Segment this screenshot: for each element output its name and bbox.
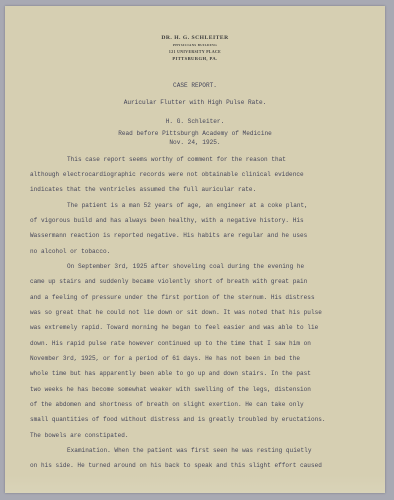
body-line: small quantities of food without distres…	[30, 416, 326, 423]
body-line: Examination. When the patient was first …	[67, 447, 311, 454]
body-line: November 3rd, 1925, or for a period of 6…	[30, 355, 300, 362]
body-line: of vigorous build and has always been he…	[30, 217, 304, 224]
body-line: although electrocardiographic records we…	[30, 171, 304, 178]
document-page: DR. H. G. SCHLEITER PHYSICIANS BUILDING …	[5, 6, 385, 493]
body-line: down. His rapid pulse rate however conti…	[30, 340, 311, 347]
body-line: was extremely rapid. Toward morning he b…	[30, 324, 318, 331]
body-line: whole time but has apparently been able …	[30, 370, 311, 377]
report-author: H. G. Schleiter.	[5, 118, 385, 125]
body-line: two weeks he has become somewhat weaker …	[30, 386, 311, 393]
body-line: The bowels are constipated.	[30, 432, 129, 439]
report-subtitle: Auricular Flutter with High Pulse Rate.	[5, 99, 385, 106]
report-venue: Read before Pittsburgh Academy of Medici…	[5, 130, 385, 137]
report-date: Nov. 24, 1925.	[5, 139, 385, 146]
letterhead-city: PITTSBURGH, PA.	[5, 55, 385, 62]
body-line: of the abdomen and shortness of breath o…	[30, 401, 304, 408]
body-line: This case report seems worthy of comment…	[67, 156, 286, 163]
letterhead: DR. H. G. SCHLEITER PHYSICIANS BUILDING …	[5, 35, 385, 62]
body-line: Wassermann reaction is reported negative…	[30, 232, 307, 239]
body-line: On September 3rd, 1925 after shoveling c…	[67, 263, 304, 270]
body-line: indicates that the ventricles assumed th…	[30, 186, 256, 193]
letterhead-name: DR. H. G. SCHLEITER	[5, 35, 385, 42]
body-line: came up stairs and suddenly became viole…	[30, 278, 307, 285]
body-line: on his side. He turned around on his bac…	[30, 462, 322, 469]
body-line: a great deal of shortness of breath. Wit…	[30, 478, 326, 485]
body-line: was so great that he could not lie down …	[30, 309, 322, 316]
body-line: and a feeling of pressure under the firs…	[30, 294, 315, 301]
report-title: CASE REPORT.	[5, 82, 385, 89]
body-line: The patient is a man 52 years of age, an…	[67, 202, 308, 209]
body-line: no alcohol or tobacco.	[30, 248, 110, 255]
